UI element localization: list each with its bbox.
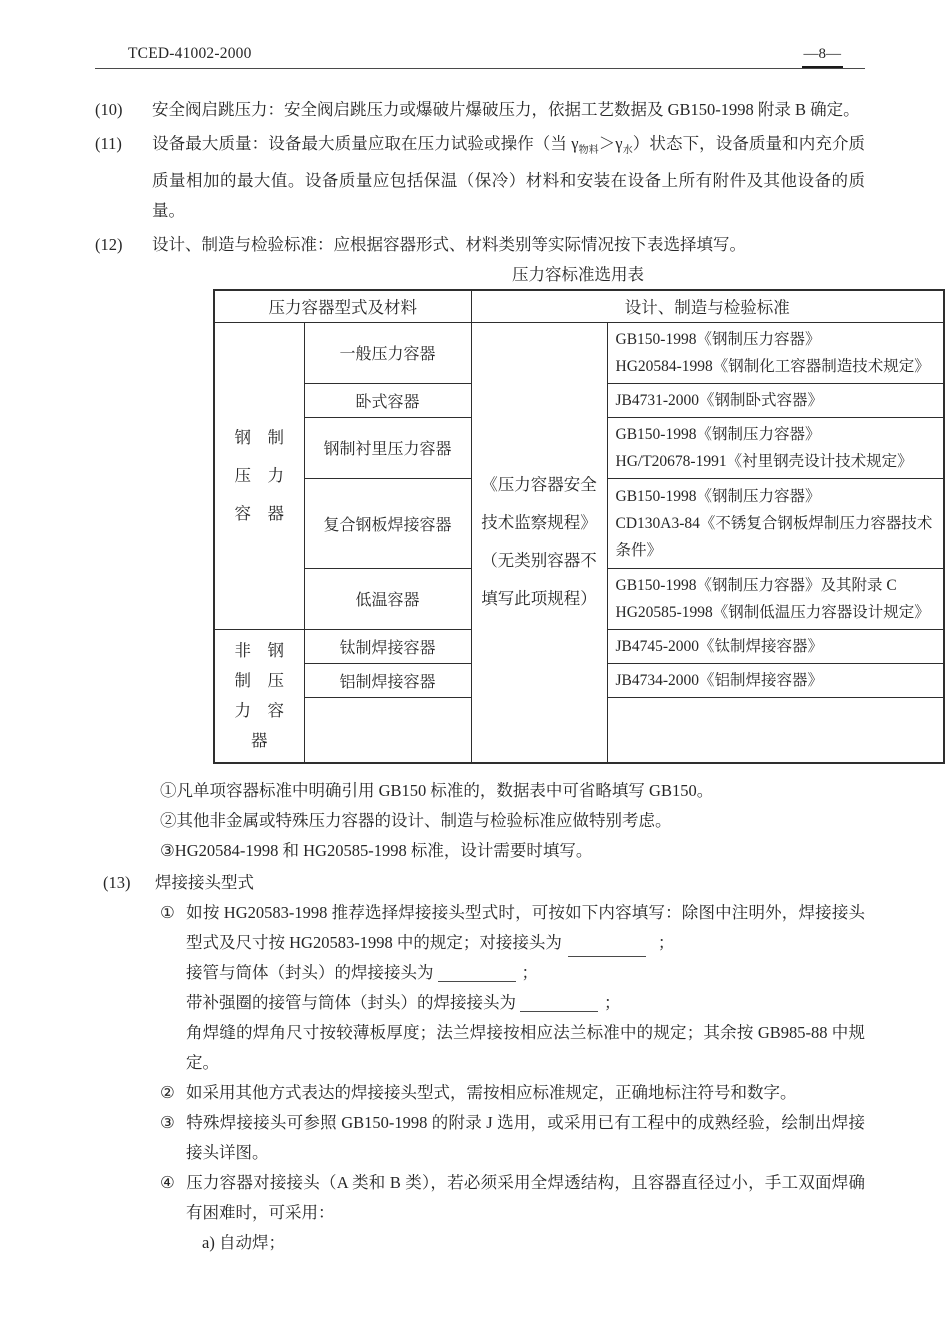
group-label-line: 容 器 <box>216 495 303 533</box>
group-label-line: 器 <box>216 726 303 756</box>
standards-cell: GB150-1998《钢制压力容器》 HG20584-1998《钢制化工容器制造… <box>607 322 944 383</box>
regulation-line: 技术监察规程》 <box>473 504 606 542</box>
item-1-tail-3: ； <box>604 993 621 1012</box>
table-header-left: 压力容器型式及材料 <box>214 290 471 322</box>
standards-cell-empty <box>607 697 944 763</box>
regulation-line: （无类别容器不 <box>473 542 606 580</box>
standards-cell: JB4745-2000《钛制焊接容器》 <box>607 629 944 663</box>
page-number: —8— <box>802 46 844 68</box>
group-nonsteel-vessel-cell: 非 钢 制 压 力 容 器 <box>214 629 304 763</box>
standard-line: JB4731-2000《钢制卧式容器》 <box>616 387 936 414</box>
standard-line: HG/T20678-1991《衬里钢壳设计技术规定》 <box>616 448 936 475</box>
standards-table-block: 压力容标准选用表 压力容器型式及材料 设计、制造与检验标准 钢 制 压 力 容 … <box>213 264 943 764</box>
vessel-type-cell: 钢制衬里压力容器 <box>304 417 471 478</box>
group-label-line: 钢 制 <box>216 419 303 457</box>
vessel-type-cell: 复合钢板焊接容器 <box>304 478 471 568</box>
regulation-cell: 《压力容器安全 技术监察规程》 （无类别容器不 填写此项规程） <box>471 322 607 763</box>
item-3: ③特殊焊接接头可参照 GB150-1998 的附录 J 选用，或采用已有工程中的… <box>160 1108 865 1168</box>
note-1: ①凡单项容器标准中明确引用 GB150 标准的，数据表中可省略填写 GB150。 <box>160 776 865 806</box>
document-page: TCED-41002-2000 —8— (10)安全阀启跳压力：安全阀启跳压力或… <box>0 0 950 1320</box>
item-3-line: ③特殊焊接接头可参照 GB150-1998 的附录 J 选用，或采用已有工程中的… <box>186 1108 865 1168</box>
item-1-text-2: 接管与筒体（封头）的焊接接头为 <box>186 963 434 982</box>
item-1-tail-1: ； <box>658 933 675 952</box>
standards-cell: GB150-1998《钢制压力容器》及其附录 C HG20585-1998《钢制… <box>607 568 944 629</box>
paragraph-12-marker: (12) <box>95 230 152 260</box>
vessel-type-cell: 低温容器 <box>304 568 471 629</box>
vessel-type-cell-empty <box>304 697 471 763</box>
note-3: ③HG20584-1998 和 HG20585-1998 标准，设计需要时填写。 <box>160 836 865 866</box>
vessel-type-cell: 一般压力容器 <box>304 322 471 383</box>
item-1-part-1: ①如按 HG20583-1998 推荐选择焊接接头型式时，可按如下内容填写：除图… <box>186 898 865 958</box>
group-steel-vessel-cell: 钢 制 压 力 容 器 <box>214 322 304 629</box>
item-1-part-2: 接管与筒体（封头）的焊接接头为； <box>186 958 865 988</box>
item-1-marker: ① <box>160 898 186 928</box>
gamma-subscript-water: 水 <box>623 145 633 156</box>
item-4-marker: ④ <box>160 1168 186 1198</box>
standard-line: GB150-1998《钢制压力容器》 <box>616 326 936 353</box>
fill-in-blank <box>568 942 646 957</box>
paragraph-11-text-2: ＞γ <box>599 134 623 153</box>
item-4: ④压力容器对接接头（A 类和 B 类），若必须采用全焊透结构，且容器直径过小，手… <box>160 1168 865 1258</box>
standards-cell: GB150-1998《钢制压力容器》 HG/T20678-1991《衬里钢壳设计… <box>607 417 944 478</box>
table-header-right: 设计、制造与检验标准 <box>471 290 944 322</box>
paragraph-11: (11)设备最大质量：设备最大质量应取在压力试验或操作（当 γ物料＞γ水）状态下… <box>95 129 865 226</box>
item-1-part-3: 带补强圈的接管与筒体（封头）的焊接接头为； <box>186 988 865 1018</box>
vessel-type-cell: 卧式容器 <box>304 383 471 417</box>
vessel-type-cell: 铝制焊接容器 <box>304 663 471 697</box>
fill-in-blank <box>438 967 516 982</box>
item-3-text: 特殊焊接接头可参照 GB150-1998 的附录 J 选用，或采用已有工程中的成… <box>186 1113 865 1162</box>
section-13-items: ①如按 HG20583-1998 推荐选择焊接接头型式时，可按如下内容填写：除图… <box>160 898 865 1258</box>
standards-cell: JB4734-2000《铝制焊接容器》 <box>607 663 944 697</box>
item-2-marker: ② <box>160 1078 186 1108</box>
item-2-text: 如采用其他方式表达的焊接接头型式，需按相应标准规定，正确地标注符号和数字。 <box>186 1083 797 1102</box>
standard-line: GB150-1998《钢制压力容器》 <box>616 421 936 448</box>
section-13-marker: (13) <box>103 868 155 898</box>
fill-in-blank <box>520 997 598 1012</box>
regulation-line: 《压力容器安全 <box>473 466 606 504</box>
standard-line: JB4734-2000《铝制焊接容器》 <box>616 667 936 694</box>
gamma-subscript-material: 物料 <box>579 145 599 156</box>
document-body: (10)安全阀启跳压力：安全阀启跳压力或爆破片爆破压力，依据工艺数据及 GB15… <box>0 95 950 1258</box>
standards-cell: JB4731-2000《钢制卧式容器》 <box>607 383 944 417</box>
paragraph-12: (12)设计、制造与检验标准：应根据容器形式、材料类别等实际情况按下表选择填写。 <box>95 230 865 260</box>
paragraph-10: (10)安全阀启跳压力：安全阀启跳压力或爆破片爆破压力，依据工艺数据及 GB15… <box>95 95 865 125</box>
standard-line: HG20585-1998《钢制低温压力容器设计规定》 <box>616 599 936 626</box>
standard-line: CD130A3-84《不锈复合钢板焊制压力容器技术条件》 <box>616 510 936 564</box>
item-4-sub-a: a) 自动焊； <box>202 1228 865 1258</box>
item-4-line: ④压力容器对接接头（A 类和 B 类），若必须采用全焊透结构，且容器直径过小，手… <box>186 1168 865 1228</box>
item-1-tail-2: ； <box>522 963 539 982</box>
table-row: 钢 制 压 力 容 器 一般压力容器 《压力容器安全 技术监察规程》 （无类别容… <box>214 322 944 383</box>
doc-number: TCED-41002-2000 <box>95 45 252 63</box>
item-3-marker: ③ <box>160 1108 186 1138</box>
standards-table: 压力容器型式及材料 设计、制造与检验标准 钢 制 压 力 容 器 一般压力容器 … <box>213 289 945 764</box>
item-1: ①如按 HG20583-1998 推荐选择焊接接头型式时，可按如下内容填写：除图… <box>160 898 865 1078</box>
group-label-line: 压 力 <box>216 457 303 495</box>
paragraph-12-text: 设计、制造与检验标准：应根据容器形式、材料类别等实际情况按下表选择填写。 <box>152 235 746 254</box>
group-label-line: 制 压 <box>216 666 303 696</box>
item-1-text-3: 带补强圈的接管与筒体（封头）的焊接接头为 <box>186 993 516 1012</box>
paragraph-11-text-1: 设备最大质量：设备最大质量应取在压力试验或操作（当 γ <box>152 134 579 153</box>
section-13-heading: (13)焊接接头型式 <box>95 868 865 898</box>
vessel-type-cell: 钛制焊接容器 <box>304 629 471 663</box>
item-1-text-1: 如按 HG20583-1998 推荐选择焊接接头型式时，可按如下内容填写：除图中… <box>186 903 865 952</box>
regulation-line: 填写此项规程） <box>473 580 606 618</box>
standard-line: GB150-1998《钢制压力容器》及其附录 C <box>616 572 936 599</box>
item-4-text: 压力容器对接接头（A 类和 B 类），若必须采用全焊透结构，且容器直径过小，手工… <box>186 1173 865 1222</box>
standards-cell: GB150-1998《钢制压力容器》 CD130A3-84《不锈复合钢板焊制压力… <box>607 478 944 568</box>
table-notes: ①凡单项容器标准中明确引用 GB150 标准的，数据表中可省略填写 GB150。… <box>160 776 865 866</box>
item-1-part-4: 角焊缝的焊角尺寸按较薄板厚度；法兰焊接按相应法兰标准中的规定；其余按 GB985… <box>186 1018 865 1078</box>
paragraph-10-marker: (10) <box>95 95 152 125</box>
paragraph-11-marker: (11) <box>95 129 152 159</box>
item-2-line: ②如采用其他方式表达的焊接接头型式，需按相应标准规定，正确地标注符号和数字。 <box>186 1078 865 1108</box>
table-header-row: 压力容器型式及材料 设计、制造与检验标准 <box>214 290 944 322</box>
group-label-line: 力 容 <box>216 696 303 726</box>
group-label-line: 非 钢 <box>216 636 303 666</box>
table-title: 压力容标准选用表 <box>213 264 943 286</box>
standard-line: JB4745-2000《钛制焊接容器》 <box>616 633 936 660</box>
paragraph-10-text: 安全阀启跳压力：安全阀启跳压力或爆破片爆破压力，依据工艺数据及 GB150-19… <box>152 100 860 119</box>
standard-line: HG20584-1998《钢制化工容器制造技术规定》 <box>616 353 936 380</box>
note-2: ②其他非金属或特殊压力容器的设计、制造与检验标准应做特别考虑。 <box>160 806 865 836</box>
section-13-title: 焊接接头型式 <box>155 873 254 892</box>
item-2: ②如采用其他方式表达的焊接接头型式，需按相应标准规定，正确地标注符号和数字。 <box>160 1078 865 1108</box>
page-header: TCED-41002-2000 —8— <box>95 45 865 69</box>
standard-line: GB150-1998《钢制压力容器》 <box>616 483 936 510</box>
